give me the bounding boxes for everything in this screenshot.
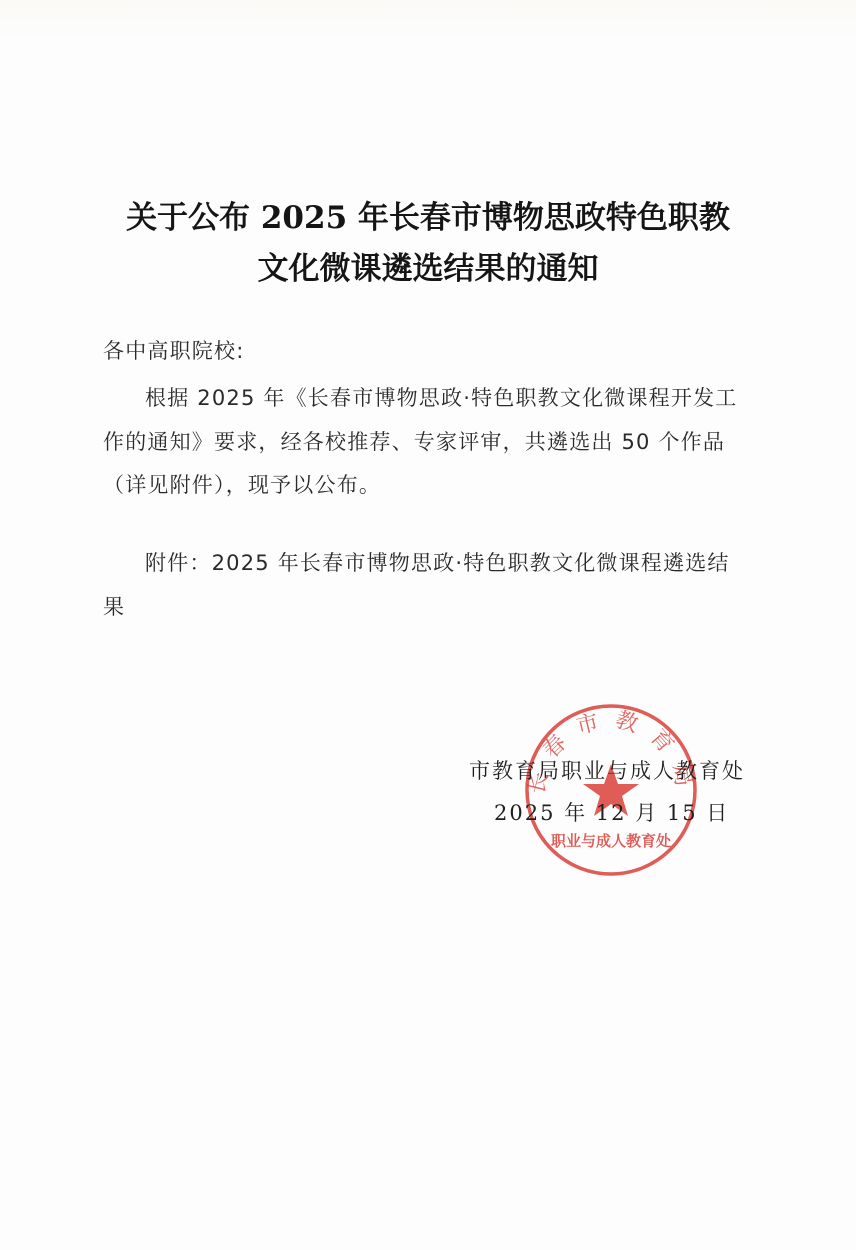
document-title-line-1: 关于公布 2025 年长春市博物思政特色职教 xyxy=(0,192,856,237)
salutation: 各中高职院校: xyxy=(103,335,244,365)
attachment-line-2: 果 xyxy=(103,591,125,621)
official-seal-icon: 长春市教育局 职业与成人教育处 xyxy=(523,702,699,878)
svg-text:职业与成人教育处: 职业与成人教育处 xyxy=(551,832,671,850)
issuer-name: 市教育局职业与成人教育处 xyxy=(469,755,745,785)
issue-date: 2025 年 12 月 15 日 xyxy=(494,797,729,827)
body-line-3: （详见附件），现予以公布。 xyxy=(103,469,381,499)
document-page xyxy=(0,0,856,1250)
document-title-line-2: 文化微课遴选结果的通知 xyxy=(0,243,856,288)
attachment-line-1: 附件：2025 年长春市博物思政·特色职教文化微课程遴选结 xyxy=(145,547,730,577)
body-line-2: 作的通知》要求，经各校推荐、专家评审，共遴选出 50 个作品 xyxy=(103,426,725,456)
body-line-1: 根据 2025 年《长春市博物思政·特色职教文化微课程开发工 xyxy=(145,382,737,412)
